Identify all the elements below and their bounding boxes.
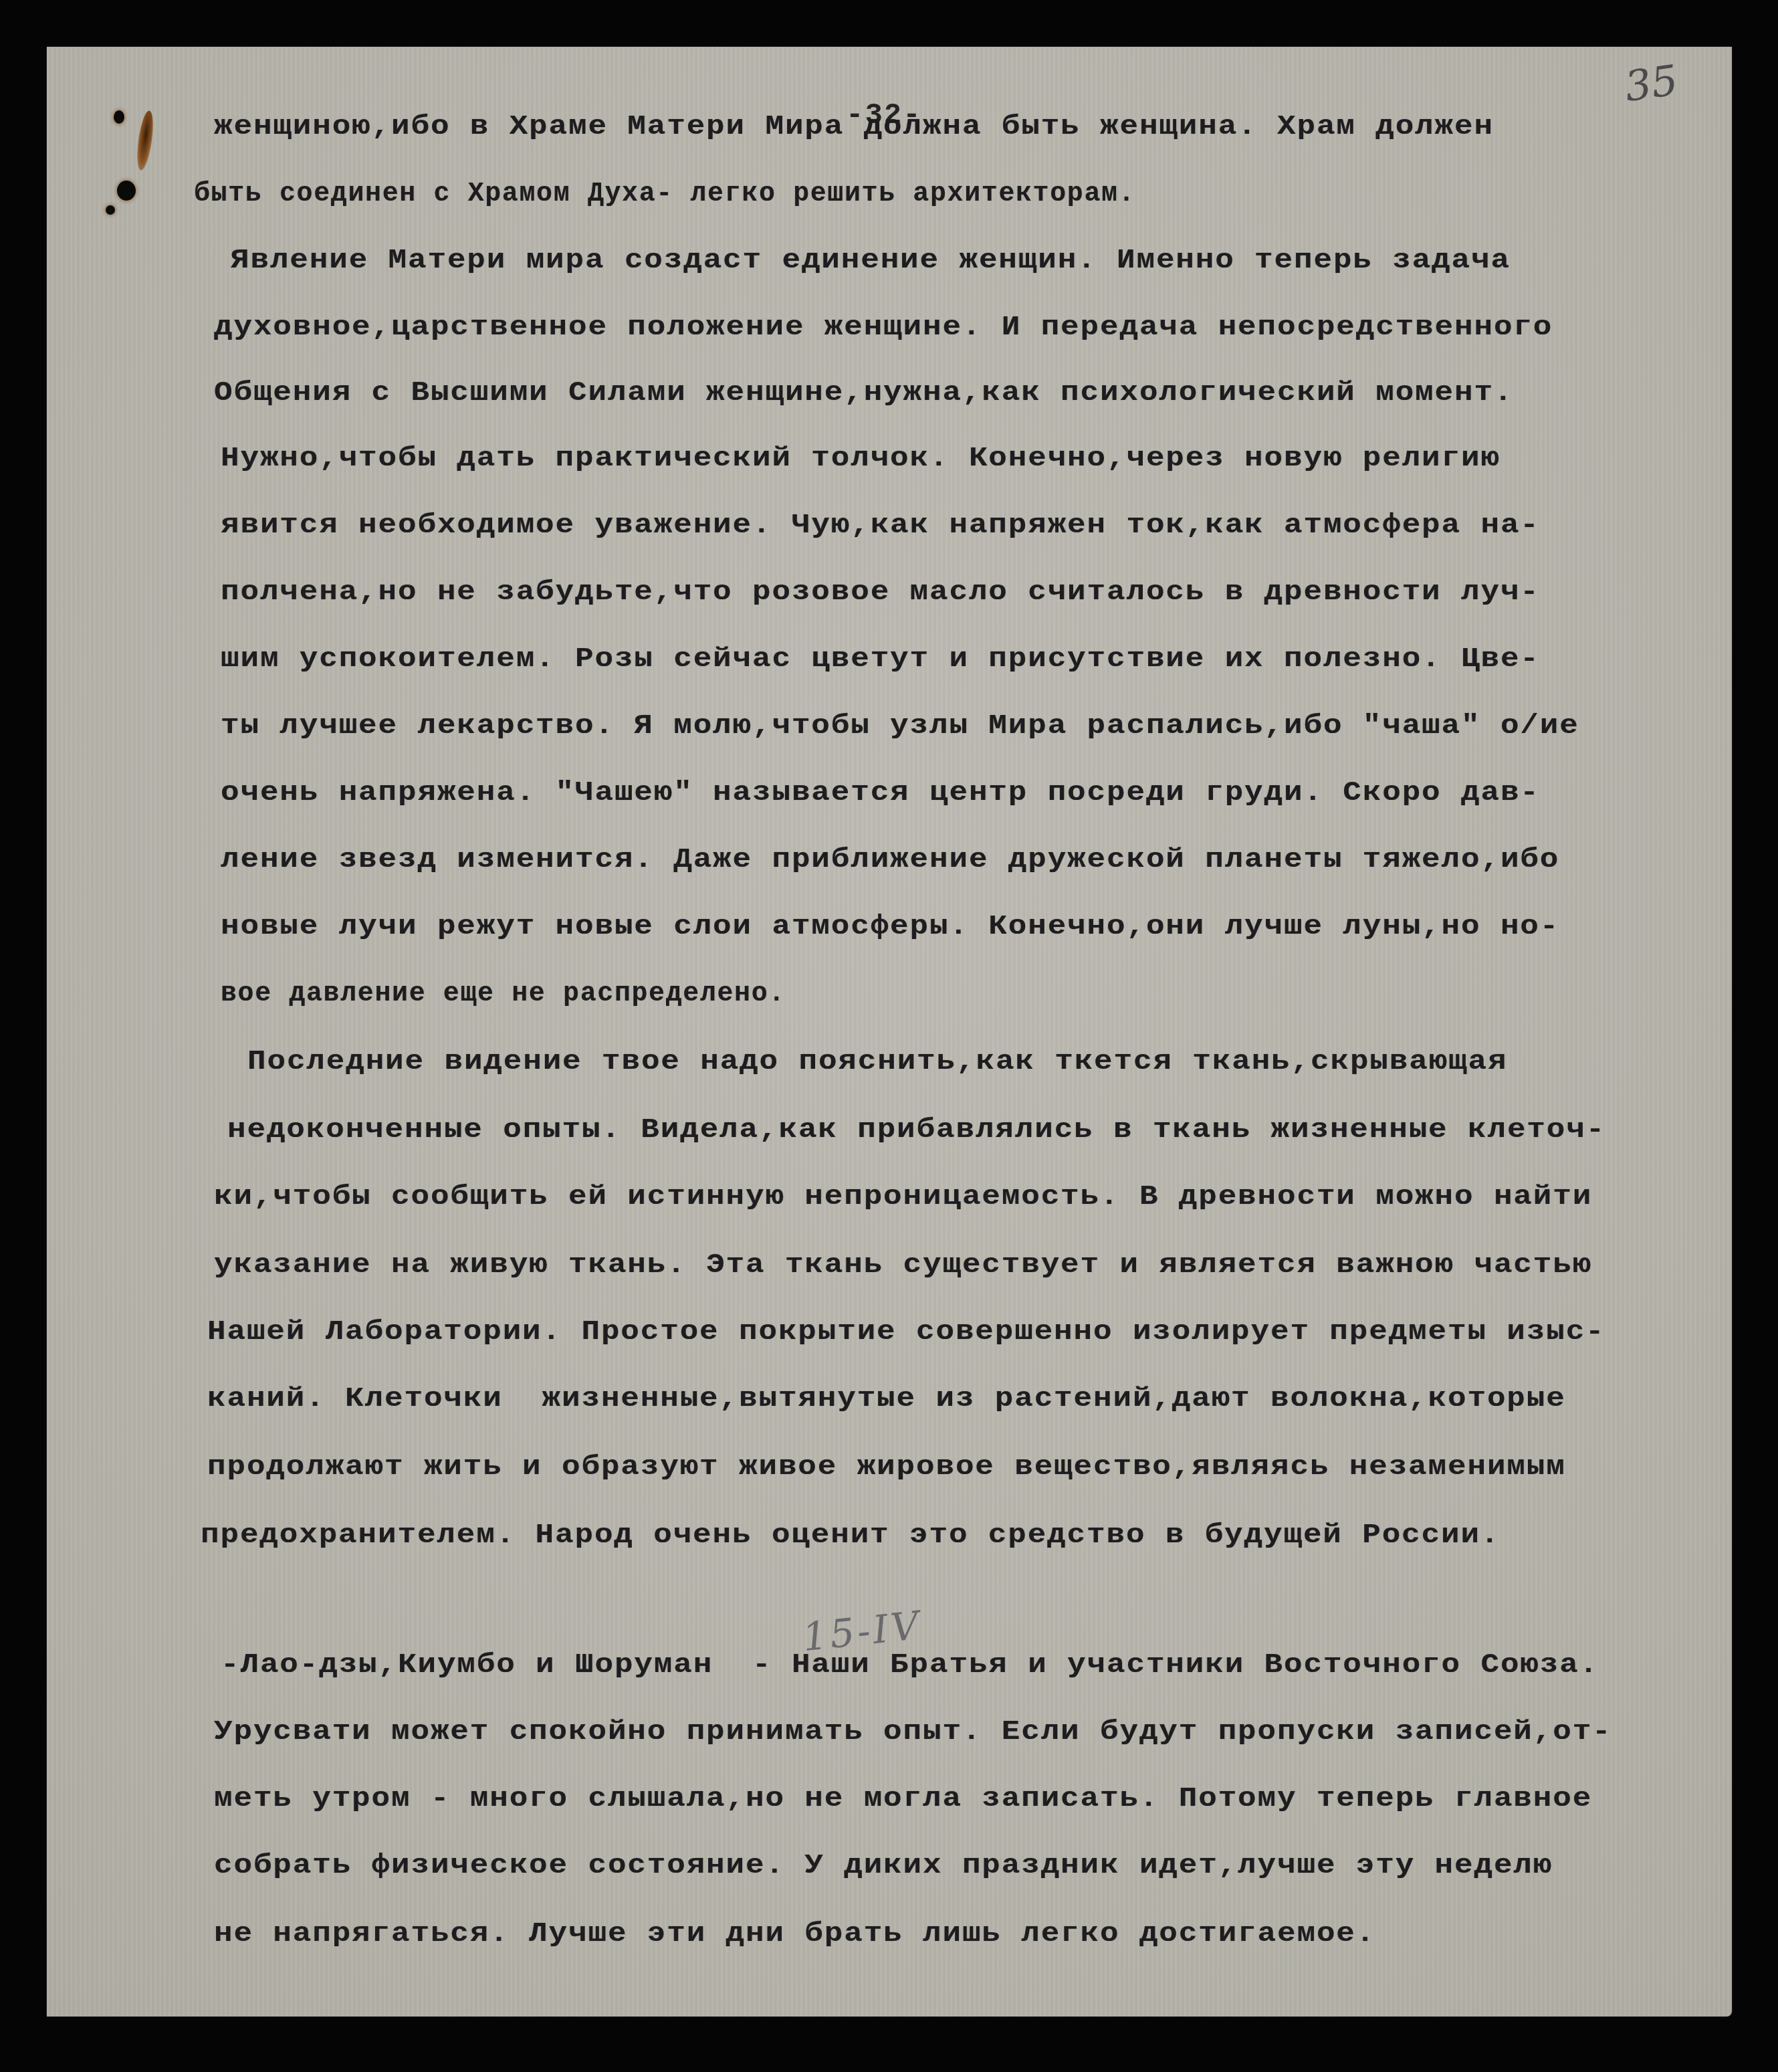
text-line: не напрягаться. Лучше эти дни брать лишь…	[214, 1920, 1375, 1950]
text-line: указание на живую ткань. Эта ткань сущес…	[214, 1251, 1592, 1281]
text-line: женщиною,ибо в Храме Матери Мира должна …	[214, 112, 1494, 142]
typed-text-body: женщиною,ибо в Храме Матери Мира должна …	[47, 47, 1732, 2016]
text-line: ки,чтобы сообщить ей истинную непроницае…	[214, 1182, 1592, 1213]
text-line: меть утром - много слышала,но не могла з…	[214, 1784, 1592, 1815]
text-line: ты лучшее лекарство. Я молю,чтобы узлы М…	[221, 712, 1579, 742]
text-line: быть соединен с Храмом Духа- легко решит…	[194, 179, 1135, 209]
text-line: Урусвати может спокойно принимать опыт. …	[214, 1718, 1612, 1748]
text-line: Общения с Высшими Силами женщине,нужна,к…	[214, 379, 1513, 409]
text-line: Явление Матери мира создаст единение жен…	[231, 246, 1511, 276]
text-line: очень напряжена. "Чашею" называется цент…	[221, 779, 1540, 809]
text-line: ление звезд изменится. Даже приближение …	[221, 845, 1559, 875]
text-line: явится необходимое уважение. Чую,как нап…	[221, 511, 1540, 541]
text-line: Нашей Лаборатории. Простое покрытие сове…	[207, 1318, 1605, 1348]
text-line: предохранителем. Народ очень оценит это …	[201, 1521, 1500, 1551]
text-line: Нужно,чтобы дать практический толчок. Ко…	[221, 444, 1501, 474]
document-page: -32- 35 15-IV женщиною,ибо в Храме Матер…	[47, 47, 1732, 2016]
text-line: шим успокоителем. Розы сейчас цветут и п…	[221, 645, 1540, 675]
text-line: недоконченные опыты. Видела,как прибавля…	[227, 1116, 1605, 1146]
text-line: собрать физическое состояние. У диких пр…	[214, 1851, 1553, 1881]
text-line: -Лао-дзы,Киумбо и Шоруман - Наши Братья …	[221, 1651, 1599, 1681]
text-line: духовное,царственное положение женщине. …	[214, 313, 1553, 343]
text-line: полчена,но не забудьте,что розовое масло…	[221, 578, 1540, 608]
text-line: вое давление еще не распределено.	[221, 979, 786, 1009]
text-line: Последние видение твое надо пояснить,как…	[247, 1047, 1507, 1077]
text-line: каний. Клеточки жизненные,вытянутые из р…	[207, 1384, 1566, 1415]
text-line: продолжают жить и образуют живое жировое…	[207, 1453, 1566, 1483]
text-line: новые лучи режут новые слои атмосферы. К…	[221, 912, 1559, 942]
